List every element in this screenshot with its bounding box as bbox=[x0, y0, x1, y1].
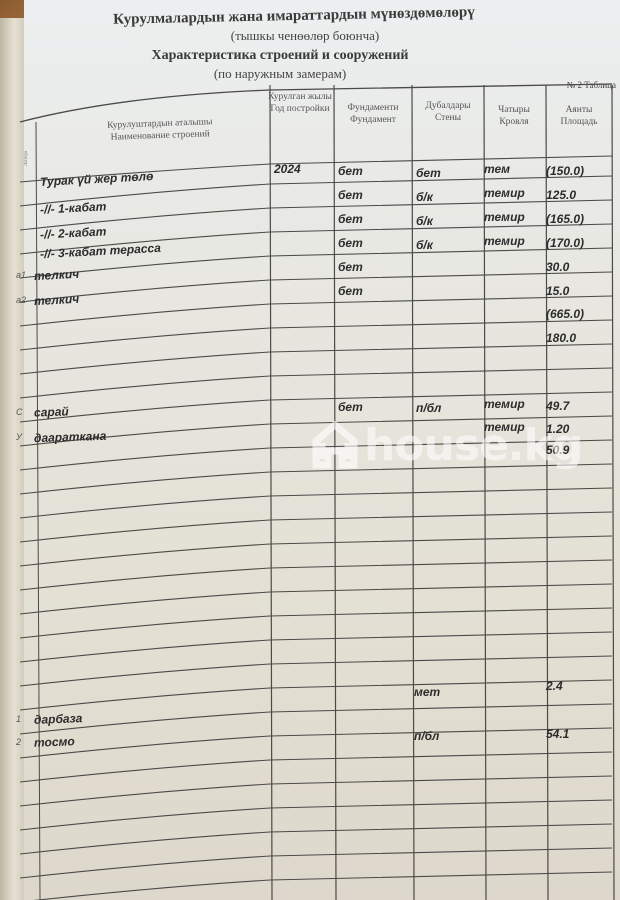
cell-walls: б/к bbox=[416, 190, 433, 204]
cell-area: 49.7 bbox=[546, 399, 569, 413]
cell-roof: темир bbox=[484, 210, 525, 224]
header-area-ru: Площадь bbox=[548, 116, 610, 128]
row-mark: а1 bbox=[16, 270, 26, 280]
cell-name: тосмо bbox=[34, 734, 75, 749]
header-walls-ru: Стены bbox=[414, 112, 482, 124]
cell-walls: б/к bbox=[416, 214, 433, 228]
cell-name: сарай bbox=[34, 404, 69, 419]
cell-name: телкич bbox=[34, 267, 80, 283]
row-mark: С bbox=[16, 407, 23, 417]
header-year-ru: Год постройки bbox=[268, 103, 332, 115]
header-walls-ky: Дубалдары bbox=[414, 100, 482, 112]
header-area: Аянты Площадь bbox=[548, 104, 610, 128]
header-year: Курулган жылы Год постройки bbox=[268, 91, 332, 115]
cell-area: (170.0) bbox=[546, 236, 584, 250]
cell-area: 2.4 bbox=[546, 679, 563, 693]
cell-area: 125.0 bbox=[546, 188, 576, 202]
cell-walls: бет bbox=[416, 166, 441, 180]
cell-foundation: бет bbox=[338, 188, 363, 202]
cell-roof: тем bbox=[484, 162, 510, 176]
cell-area: 54.1 bbox=[546, 727, 569, 741]
cell-foundation: бет bbox=[338, 260, 363, 274]
cell-area: 15.0 bbox=[546, 284, 569, 298]
cell-name: даараткана bbox=[34, 429, 107, 446]
cell-foundation: бет bbox=[338, 164, 363, 178]
cell-area: 30.0 bbox=[546, 260, 569, 274]
margin-header: Литера bbox=[24, 118, 38, 166]
cell-name: телкич bbox=[34, 292, 80, 308]
cell-walls: мет bbox=[414, 685, 440, 699]
cell-area: 180.0 bbox=[546, 331, 576, 345]
row-mark: 1 bbox=[16, 714, 21, 724]
header-walls: Дубалдары Стены bbox=[414, 100, 482, 124]
cell-area: (150.0) bbox=[546, 164, 584, 178]
cell-roof: темир bbox=[484, 186, 525, 200]
row-mark: У bbox=[16, 432, 22, 442]
header-foundation-ru: Фундамент bbox=[334, 114, 412, 126]
cell-foundation: бет bbox=[338, 236, 363, 250]
cell-walls: б/к bbox=[416, 238, 433, 252]
cell-name: дарбаза bbox=[34, 711, 83, 727]
cell-area: (665.0) bbox=[546, 307, 584, 321]
row-mark: а2 bbox=[16, 295, 26, 305]
header-area-ky: Аянты bbox=[548, 104, 610, 116]
watermark-text: house.kg bbox=[364, 420, 582, 471]
cell-roof: темир bbox=[484, 397, 525, 411]
house-icon bbox=[312, 421, 358, 469]
cell-foundation: бет bbox=[338, 284, 363, 298]
cell-walls: п/бл bbox=[416, 401, 441, 415]
cell-roof: темир bbox=[484, 234, 525, 248]
row-mark: 2 bbox=[16, 737, 21, 747]
header-roof: Чатыры Кровля bbox=[484, 104, 544, 128]
header-year-ky: Курулган жылы bbox=[268, 91, 332, 103]
header-foundation: Фундаменти Фундамент bbox=[334, 102, 412, 126]
header-roof-ky: Чатыры bbox=[484, 104, 544, 116]
watermark: house.kg bbox=[312, 415, 582, 475]
cell-year: 2024 bbox=[274, 162, 301, 176]
cell-area: (165.0) bbox=[546, 212, 584, 226]
cell-walls: п/бл bbox=[414, 729, 439, 743]
cell-foundation: бет bbox=[338, 400, 363, 414]
header-foundation-ky: Фундаменти bbox=[334, 102, 412, 114]
cell-foundation: бет bbox=[338, 212, 363, 226]
header-roof-ru: Кровля bbox=[484, 116, 544, 128]
